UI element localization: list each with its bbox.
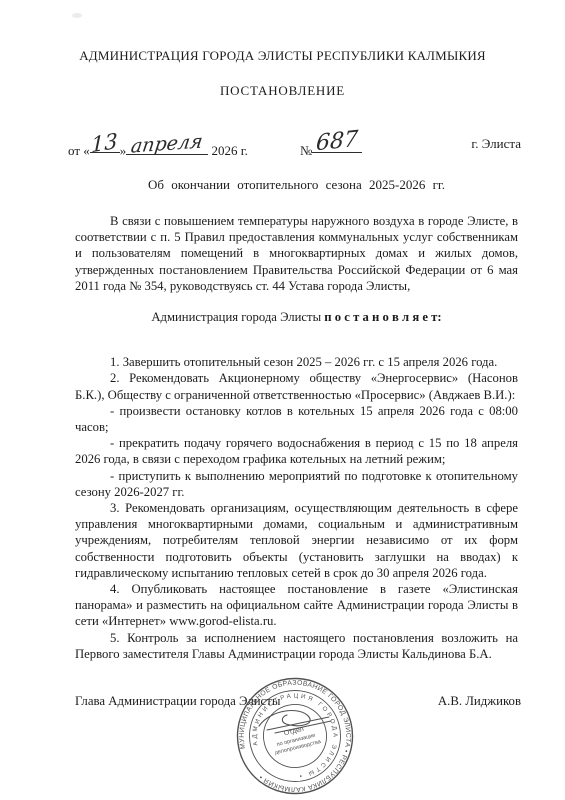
item-2-sub-2: - прекратить подачу горячего водоснабжен… (75, 435, 518, 467)
date-from-label: от « (68, 143, 90, 158)
signer-name: А.В. Лиджиков (438, 694, 521, 709)
item-2: 2. Рекомендовать Акционерному обществу «… (75, 370, 518, 402)
resolution-lead: Администрация города Элисты (151, 310, 324, 324)
doc-number-group: №687 (300, 136, 362, 159)
city-label: г. Элиста (471, 136, 521, 152)
official-round-stamp: МУНИЦИПАЛЬНОЕ ОБРАЗОВАНИЕ ГОРОД ЭЛИСТА •… (233, 674, 357, 798)
handwritten-month: апреля (130, 130, 205, 157)
document-title: Об окончании отопительного сезона 2025-2… (75, 177, 518, 193)
document-page: АДМИНИСТРАЦИЯ ГОРОДА ЭЛИСТЫ РЕСПУБЛИКИ К… (0, 0, 565, 800)
handwritten-day: 13 (91, 129, 118, 158)
item-3: 3. Рекомендовать организациям, осуществл… (75, 500, 518, 581)
resolution-line: Администрация города Элисты п о с т а н … (75, 309, 518, 325)
scan-artifact (72, 13, 82, 18)
number-underline: 687 (312, 136, 362, 153)
item-5: 5. Контроль за исполнением настоящего по… (75, 630, 518, 662)
date-month-underline: апреля (126, 138, 208, 155)
handwritten-number: 687 (316, 127, 360, 157)
date-group: от «13»апреля 2026 г. (68, 136, 248, 159)
doc-type-heading: ПОСТАНОВЛЕНИЕ (0, 83, 565, 99)
date-line: от «13»апреля 2026 г. №687 г. Элиста (68, 130, 521, 170)
resolution-verb: п о с т а н о в л я е т: (324, 310, 441, 324)
document-body: В связи с повышением температуры наружно… (75, 213, 518, 662)
org-name: АДМИНИСТРАЦИЯ ГОРОДА ЭЛИСТЫ РЕСПУБЛИКИ К… (0, 48, 565, 64)
item-1: 1. Завершить отопительный сезон 2025 – 2… (75, 354, 518, 370)
item-2-sub-3: - приступить к выполнению мероприятий по… (75, 468, 518, 500)
date-day-underline: 13 (90, 136, 120, 153)
item-2-sub-1: - произвести остановку котлов в котельны… (75, 403, 518, 435)
number-sign: № (300, 143, 312, 158)
intro-paragraph: В связи с повышением температуры наружно… (75, 213, 518, 294)
date-year: 2026 г. (208, 143, 248, 158)
item-4: 4. Опубликовать настоящее постановление … (75, 581, 518, 630)
